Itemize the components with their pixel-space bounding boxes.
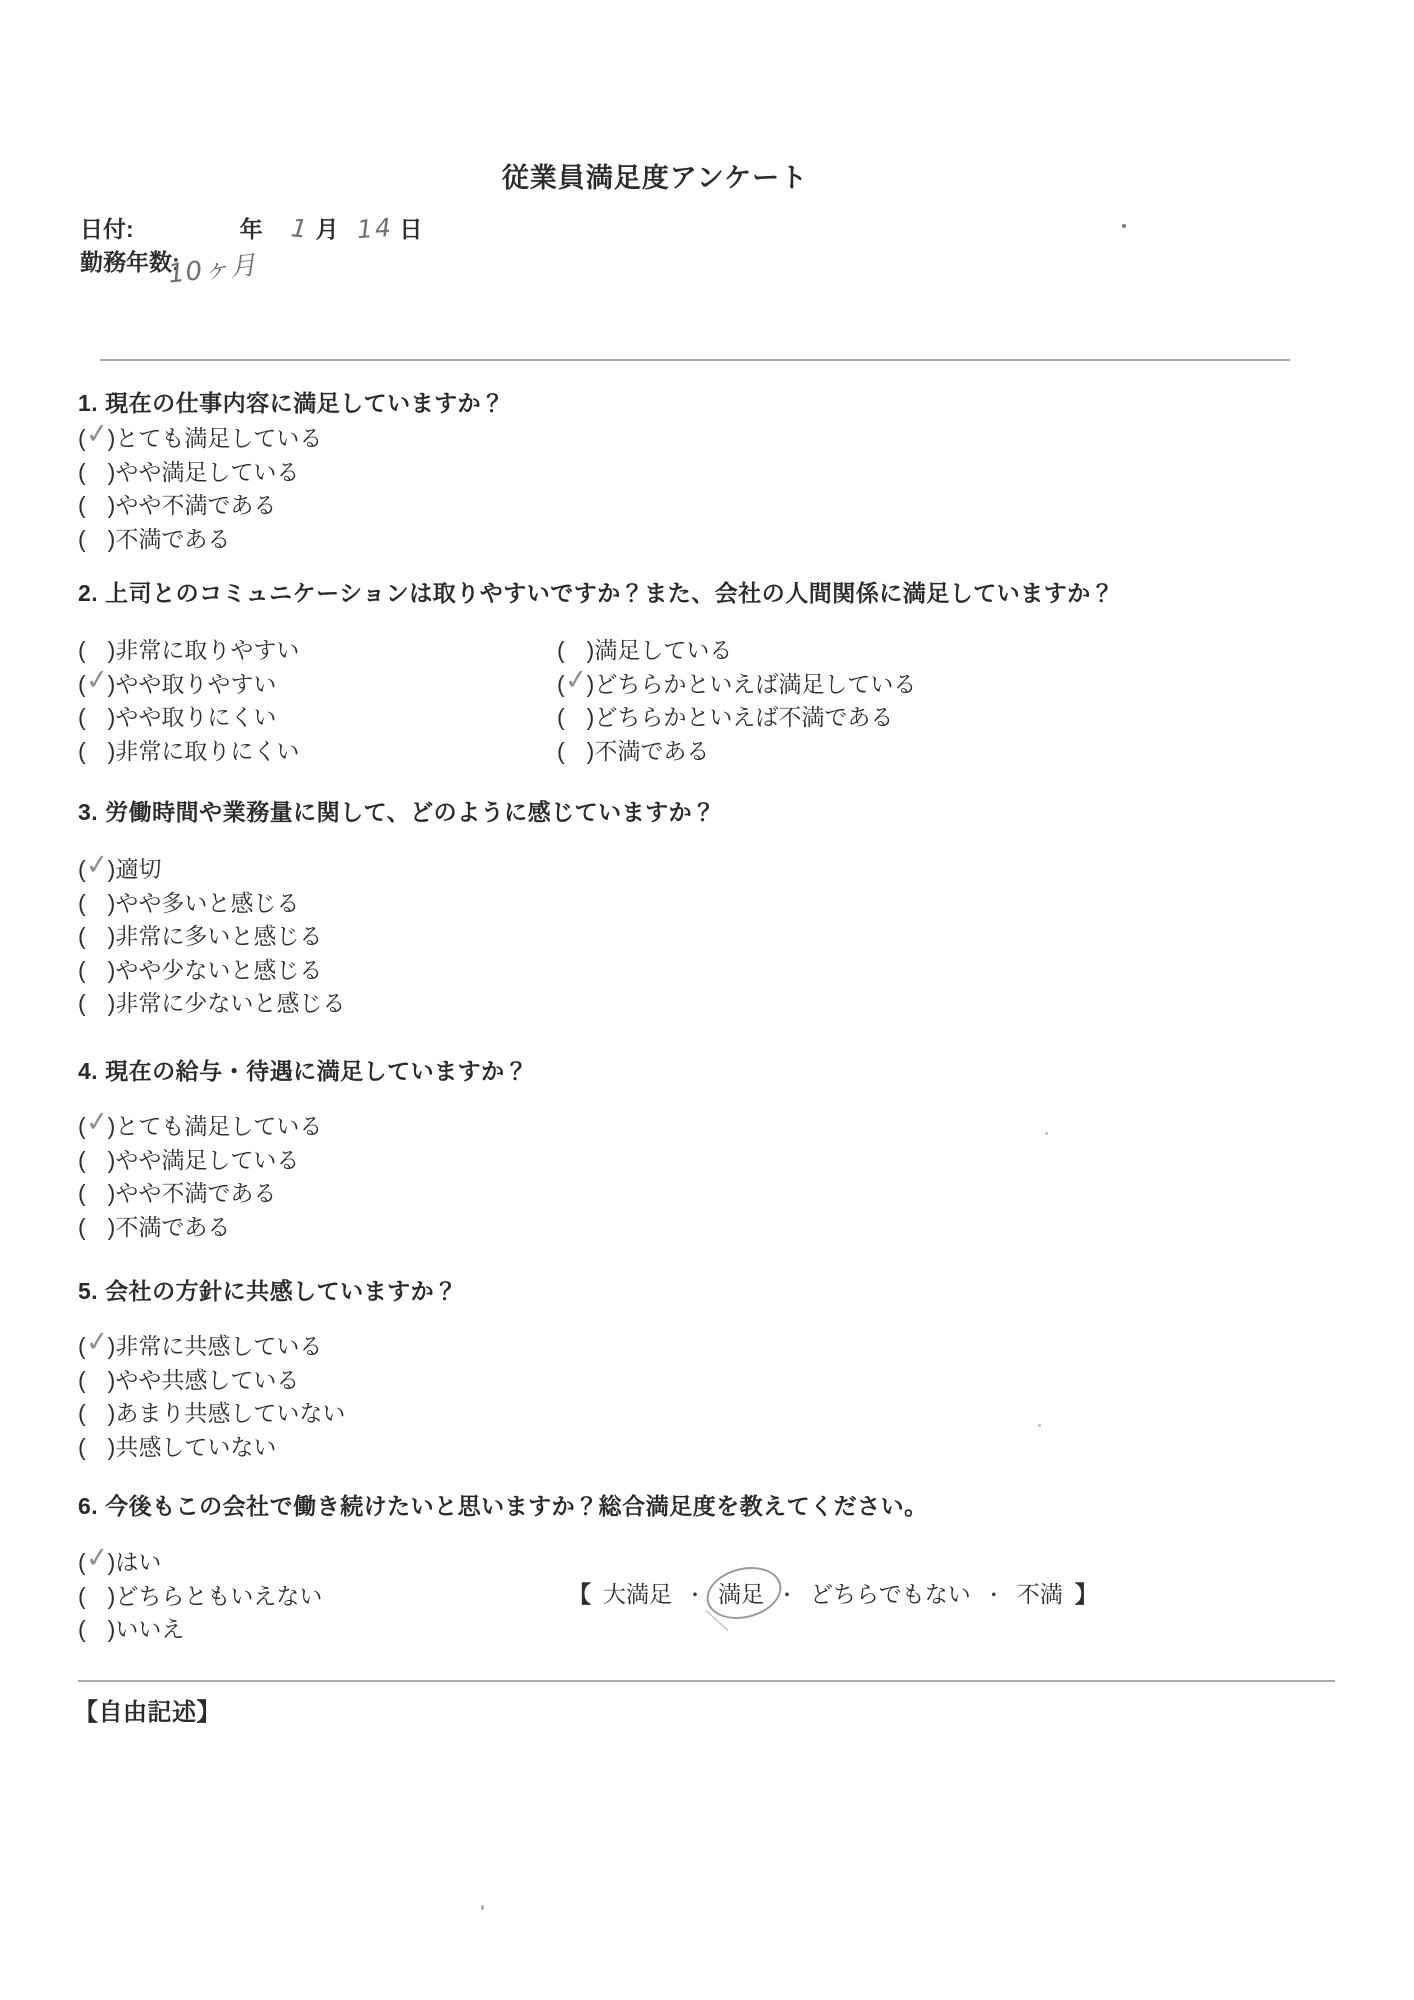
checkmark — [85, 721, 107, 723]
checkmark — [85, 906, 107, 908]
option-label: 満足している — [594, 637, 732, 663]
question-3-heading: 3. 労働時間や業務量に関して、どのように感じていますか？ — [78, 797, 716, 827]
option-label: やや満足している — [115, 459, 299, 485]
date-line: 日付:年1月14日 — [80, 214, 422, 244]
checkmark: ✓ — [563, 664, 588, 694]
checkbox-paren-open: ( — [78, 459, 86, 485]
checkbox-paren-open: ( — [78, 526, 86, 552]
option-label: とても満足している — [115, 425, 322, 451]
checkmark — [564, 754, 586, 756]
option-label: とても満足している — [115, 1113, 322, 1139]
scan-speck — [1045, 1132, 1048, 1135]
checkmark: ✓ — [84, 1327, 109, 1357]
question-6: 6. 今後もこの会社で働き続けたいと思いますか？総合満足度を教えてください。 (… — [78, 1491, 928, 1647]
checkbox-paren-open: ( — [78, 1180, 86, 1206]
day-suffix: 日 — [399, 216, 422, 242]
question-5: 5. 会社の方針に共感していますか？ (✓)非常に共感している ()やや共感して… — [78, 1276, 458, 1464]
option-row: ()やや多いと感じる — [78, 887, 716, 921]
option-label: やや少ないと感じる — [115, 957, 322, 983]
scale-item-daimanzoku: 大満足 — [603, 1578, 672, 1611]
option-row: ()やや満足している — [78, 1144, 528, 1178]
checkmark — [85, 1197, 107, 1199]
option-row: (✓)やや取りやすい — [78, 668, 557, 702]
option-row: ()共感していない — [78, 1431, 458, 1465]
option-row: (✓)適切 — [78, 853, 716, 887]
option-row: ()非常に多いと感じる — [78, 920, 716, 954]
checkbox-paren-open: ( — [557, 704, 565, 730]
option-row: ()満足している — [557, 634, 1114, 668]
option-row: ()非常に取りにくい — [78, 735, 557, 769]
page-title: 従業員満足度アンケート — [395, 156, 915, 195]
option-row: (✓)とても満足している — [78, 1110, 528, 1144]
option-label: どちらかといえば満足している — [594, 671, 916, 697]
scan-speck — [1038, 1424, 1041, 1427]
scale-item-fuman: 不満 — [1017, 1578, 1063, 1611]
option-label: やや不満である — [115, 492, 276, 518]
month-value-handwritten: 1 — [289, 213, 308, 244]
question-6-heading: 6. 今後もこの会社で働き続けたいと思いますか？総合満足度を教えてください。 — [78, 1491, 928, 1521]
scanned-survey-page: 従業員満足度アンケート 日付:年1月14日 勤務年数:10ヶ月 1. 現在の仕事… — [0, 0, 1414, 2000]
scan-speck — [481, 1905, 484, 1910]
checkbox-paren-open: ( — [78, 1214, 86, 1240]
checkbox-paren-open: ( — [557, 738, 565, 764]
option-row: ()不満である — [78, 1211, 528, 1245]
header-block: 日付:年1月14日 勤務年数:10ヶ月 — [80, 214, 422, 277]
checkmark — [85, 542, 107, 544]
checkbox-paren-open: ( — [78, 923, 86, 949]
question-1: 1. 現在の仕事内容に満足していますか？ (✓)とても満足している ()やや満足… — [78, 388, 505, 556]
checkbox-paren-open: ( — [78, 990, 86, 1016]
option-row: ()やや少ないと感じる — [78, 954, 716, 988]
option-label: 非常に取りやすい — [115, 637, 299, 663]
checkbox-paren-open: ( — [557, 637, 565, 663]
option-label: どちらかといえば不満である — [594, 704, 893, 730]
overall-satisfaction-scale: 【大満足・満足・どちらでもない・不満】 — [568, 1578, 1098, 1613]
option-label: やや共感している — [115, 1367, 299, 1393]
month-suffix: 月 — [316, 216, 339, 242]
option-row: (✓)どちらかといえば満足している — [557, 668, 1114, 702]
checkbox-paren-open: ( — [78, 890, 86, 916]
option-row: ()非常に取りやすい — [78, 634, 557, 668]
option-row: (✓)はい — [78, 1546, 928, 1580]
scale-separator: ・ — [685, 1585, 705, 1607]
option-label: 非常に取りにくい — [115, 738, 299, 764]
option-row: ()あまり共感していない — [78, 1397, 458, 1431]
option-label: やや満足している — [115, 1147, 299, 1173]
checkmark: ✓ — [84, 1543, 109, 1573]
checkmark — [85, 1633, 107, 1635]
option-label: やや多いと感じる — [115, 890, 299, 916]
question-3: 3. 労働時間や業務量に関して、どのように感じていますか？ (✓)適切 ()やや… — [78, 797, 716, 1021]
checkbox-paren-open: ( — [78, 738, 86, 764]
checkmark — [85, 1007, 107, 1009]
option-row: ()非常に少ないと感じる — [78, 987, 716, 1021]
option-row: ()やや不満である — [78, 1177, 528, 1211]
scale-item-manzoku-circled: 満足 — [718, 1578, 764, 1611]
tenure-value-handwritten: 10ヶ月 — [166, 250, 258, 289]
scale-open-bracket: 【 — [568, 1581, 591, 1607]
checkmark — [85, 973, 107, 975]
checkbox-paren-open: ( — [78, 1147, 86, 1173]
free-text-section-label: 【自由記述】 — [74, 1692, 221, 1727]
section-divider-top — [100, 359, 1290, 361]
year-suffix: 年 — [240, 216, 263, 242]
option-label: 不満である — [594, 738, 709, 764]
option-label: 不満である — [115, 1214, 230, 1240]
checkmark — [85, 1163, 107, 1165]
checkbox-paren-open: ( — [78, 704, 86, 730]
option-label: やや取りやすい — [115, 671, 276, 697]
question-5-heading: 5. 会社の方針に共感していますか？ — [78, 1276, 458, 1306]
checkmark — [85, 754, 107, 756]
checkmark: ✓ — [84, 1107, 109, 1137]
checkmark: ✓ — [84, 419, 109, 449]
option-row: (✓)非常に共感している — [78, 1330, 458, 1364]
checkmark — [564, 721, 586, 723]
tenure-label: 勤務年数: — [80, 249, 180, 275]
checkmark — [85, 1599, 107, 1601]
checkbox-paren-open: ( — [78, 1583, 86, 1609]
checkbox-paren-open: ( — [78, 637, 86, 663]
checkbox-paren-open: ( — [78, 957, 86, 983]
option-label: あまり共感していない — [115, 1400, 345, 1426]
question-2-heading: 2. 上司とのコミュニケーションは取りやすいですか？また、会社の人間関係に満足し… — [78, 578, 1114, 608]
question-1-heading: 1. 現在の仕事内容に満足していますか？ — [78, 388, 505, 418]
option-label: 非常に多いと感じる — [115, 923, 322, 949]
checkbox-paren-open: ( — [78, 492, 86, 518]
option-row: ()不満である — [78, 523, 505, 557]
date-label: 日付: — [80, 216, 134, 242]
section-divider-bottom — [78, 1680, 1335, 1682]
option-row: ()やや満足している — [78, 456, 505, 490]
scan-speck — [1122, 224, 1126, 228]
checkbox-paren-open: ( — [78, 1616, 86, 1642]
checkbox-paren-open: ( — [78, 1434, 86, 1460]
option-row: ()やや共感している — [78, 1364, 458, 1398]
checkmark — [85, 1450, 107, 1452]
option-label: やや不満である — [115, 1180, 276, 1206]
checkmark — [85, 940, 107, 942]
scale-item-dochirademonai: どちらでもない — [810, 1578, 971, 1611]
checkmark — [85, 1230, 107, 1232]
option-label: 共感していない — [115, 1434, 276, 1460]
checkbox-paren-open: ( — [78, 1400, 86, 1426]
option-label: はい — [115, 1549, 161, 1575]
checkmark: ✓ — [84, 850, 109, 880]
checkmark — [85, 654, 107, 656]
option-row: ()やや不満である — [78, 489, 505, 523]
checkmark — [564, 654, 586, 656]
question-4: 4. 現在の給与・待遇に満足していますか？ (✓)とても満足している ()やや満… — [78, 1056, 528, 1244]
option-label: 非常に共感している — [115, 1333, 322, 1359]
question-4-heading: 4. 現在の給与・待遇に満足していますか？ — [78, 1056, 528, 1086]
question-2: 2. 上司とのコミュニケーションは取りやすいですか？また、会社の人間関係に満足し… — [78, 578, 1114, 768]
tenure-line: 勤務年数:10ヶ月 — [80, 247, 422, 277]
option-row: ()不満である — [557, 735, 1114, 769]
scale-separator: ・ — [984, 1585, 1004, 1607]
question-2-options: ()非常に取りやすい ()満足している (✓)やや取りやすい (✓)どちらかとい… — [78, 634, 1114, 768]
day-value-handwritten: 14 — [356, 213, 394, 245]
option-label: どちらともいえない — [115, 1583, 322, 1609]
option-label: 適切 — [115, 856, 161, 882]
checkmark — [85, 475, 107, 477]
checkmark — [85, 509, 107, 511]
option-row: (✓)とても満足している — [78, 422, 505, 456]
option-row: ()どちらかといえば不満である — [557, 701, 1114, 735]
option-label: いいえ — [115, 1616, 184, 1642]
checkbox-paren-open: ( — [78, 1367, 86, 1393]
option-label: 不満である — [115, 526, 230, 552]
option-row: ()いいえ — [78, 1613, 928, 1647]
option-label: 非常に少ないと感じる — [115, 990, 345, 1016]
checkmark — [85, 1417, 107, 1419]
scale-close-bracket: 】 — [1075, 1581, 1098, 1607]
checkmark: ✓ — [84, 664, 109, 694]
option-row: ()やや取りにくい — [78, 701, 557, 735]
option-label: やや取りにくい — [115, 704, 276, 730]
checkmark — [85, 1383, 107, 1385]
